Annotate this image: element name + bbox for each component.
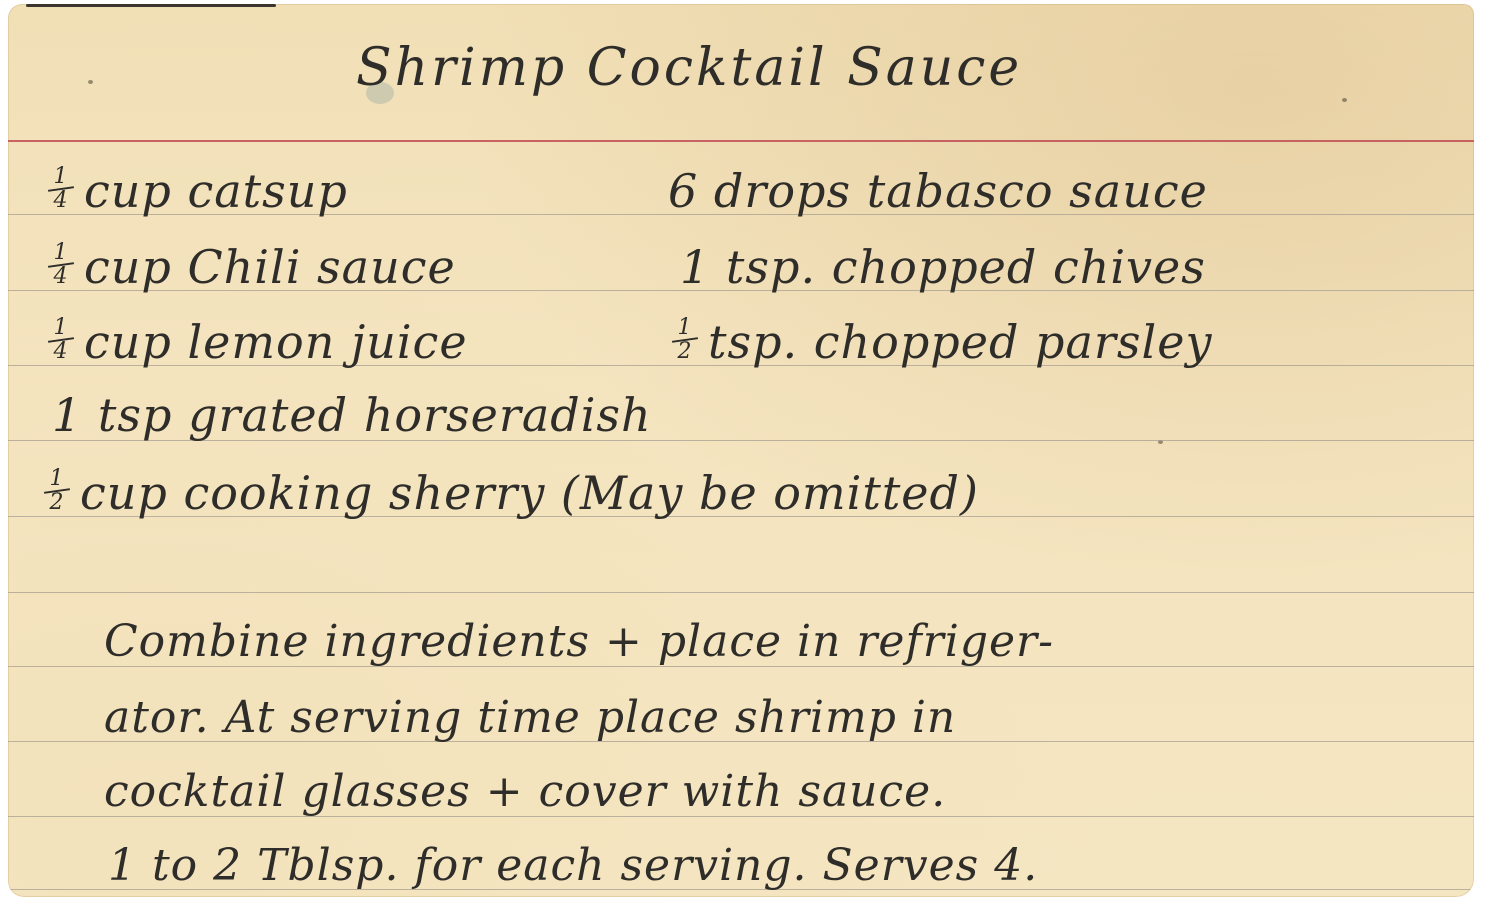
fraction: 1 4 xyxy=(48,167,74,211)
fraction: 1 4 xyxy=(48,243,74,287)
ingredient-text: cup Chili sauce xyxy=(84,240,456,294)
header-red-rule xyxy=(8,140,1474,142)
recipe-title: Shrimp Cocktail Sauce xyxy=(356,38,1022,98)
ingredient-item: 1 2 cup cooking sherry (May be omitted) xyxy=(44,466,979,520)
ingredient-qty: 1 xyxy=(52,388,82,442)
fraction: 1 4 xyxy=(48,318,74,362)
recipe-card: Shrimp Cocktail Sauce 1 4 cup catsup 1 4… xyxy=(8,4,1474,897)
directions-line: ator. At serving time place shrimp in xyxy=(104,692,956,743)
ingredient-item: 1 4 cup lemon juice xyxy=(48,315,468,369)
ingredient-item: 6 drops tabasco sauce xyxy=(668,164,1208,218)
directions-line: 1 to 2 Tblsp. for each serving. Serves 4… xyxy=(108,840,1038,891)
ingredient-item: 1 4 cup Chili sauce xyxy=(48,240,456,294)
ingredient-text: cup catsup xyxy=(84,164,348,218)
ingredient-text: drops tabasco sauce xyxy=(714,164,1208,218)
ingredient-item: 1 2 tsp. chopped parsley xyxy=(672,315,1212,369)
fraction: 1 2 xyxy=(672,318,698,362)
directions-line: Combine ingredients + place in refriger- xyxy=(104,616,1054,667)
paper-speck xyxy=(88,80,93,84)
ruled-line xyxy=(8,592,1474,593)
paper-speck xyxy=(1342,98,1347,102)
card-edge-shadow xyxy=(26,4,276,7)
ingredient-text: tsp. chopped parsley xyxy=(708,315,1212,369)
ingredient-qty: 6 xyxy=(668,164,698,218)
ingredient-item: 1 4 cup catsup xyxy=(48,164,348,218)
ingredient-item: 1 tsp. chopped chives xyxy=(680,240,1206,294)
ingredient-text: tsp. chopped chives xyxy=(726,240,1206,294)
directions-line: cocktail glasses + cover with sauce. xyxy=(104,766,946,817)
fraction: 1 2 xyxy=(44,469,70,513)
ingredient-text: tsp grated horseradish xyxy=(98,388,652,442)
ingredient-text: cup lemon juice xyxy=(84,315,468,369)
ingredient-qty: 1 xyxy=(680,240,710,294)
ingredient-text: cup cooking sherry (May be omitted) xyxy=(80,466,979,520)
ingredient-item: 1 tsp grated horseradish xyxy=(52,388,652,442)
